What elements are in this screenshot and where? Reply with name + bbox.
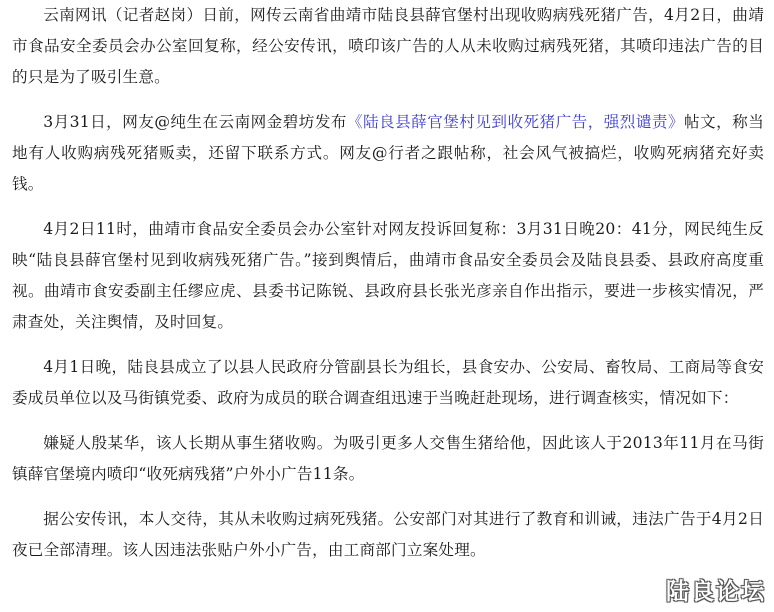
paragraph-intro: 云南网讯（记者赵岗）日前，网传云南省曲靖市陆良县薛官堡村出现收购病残死猪广告，4… xyxy=(12,0,764,93)
paragraph-official-reply: 4月2日11时，曲靖市食品安全委员会办公室针对网友投诉回复称：3月31日晚20：… xyxy=(12,214,764,338)
paragraph-outcome: 据公安传讯，本人交待，其从未收购过病死残猪。公安部门对其进行了教育和训诫，违法广… xyxy=(12,504,764,566)
forum-watermark: 陆良论坛 xyxy=(666,573,766,606)
paragraph-investigation: 4月1日晚，陆良县成立了以县人民政府分管副县长为组长，县食安办、公安局、畜牧局、… xyxy=(12,352,764,414)
post-title-link[interactable]: 《陆良县薛官堡村见到收死猪广告，强烈谴责》 xyxy=(347,113,684,131)
article-body: 云南网讯（记者赵岗）日前，网传云南省曲靖市陆良县薛官堡村出现收购病残死猪广告，4… xyxy=(12,0,764,580)
paragraph-suspect: 嫌疑人殷某华，该人长期从事生猪收购。为吸引更多人交售生猪给他，因此该人于2013… xyxy=(12,428,764,490)
paragraph-netizen-post: 3月31日，网友@纯生在云南网金碧坊发布《陆良县薛官堡村见到收死猪广告，强烈谴责… xyxy=(12,107,764,200)
paragraph-text-before-link: 3月31日，网友@纯生在云南网金碧坊发布 xyxy=(43,113,347,131)
